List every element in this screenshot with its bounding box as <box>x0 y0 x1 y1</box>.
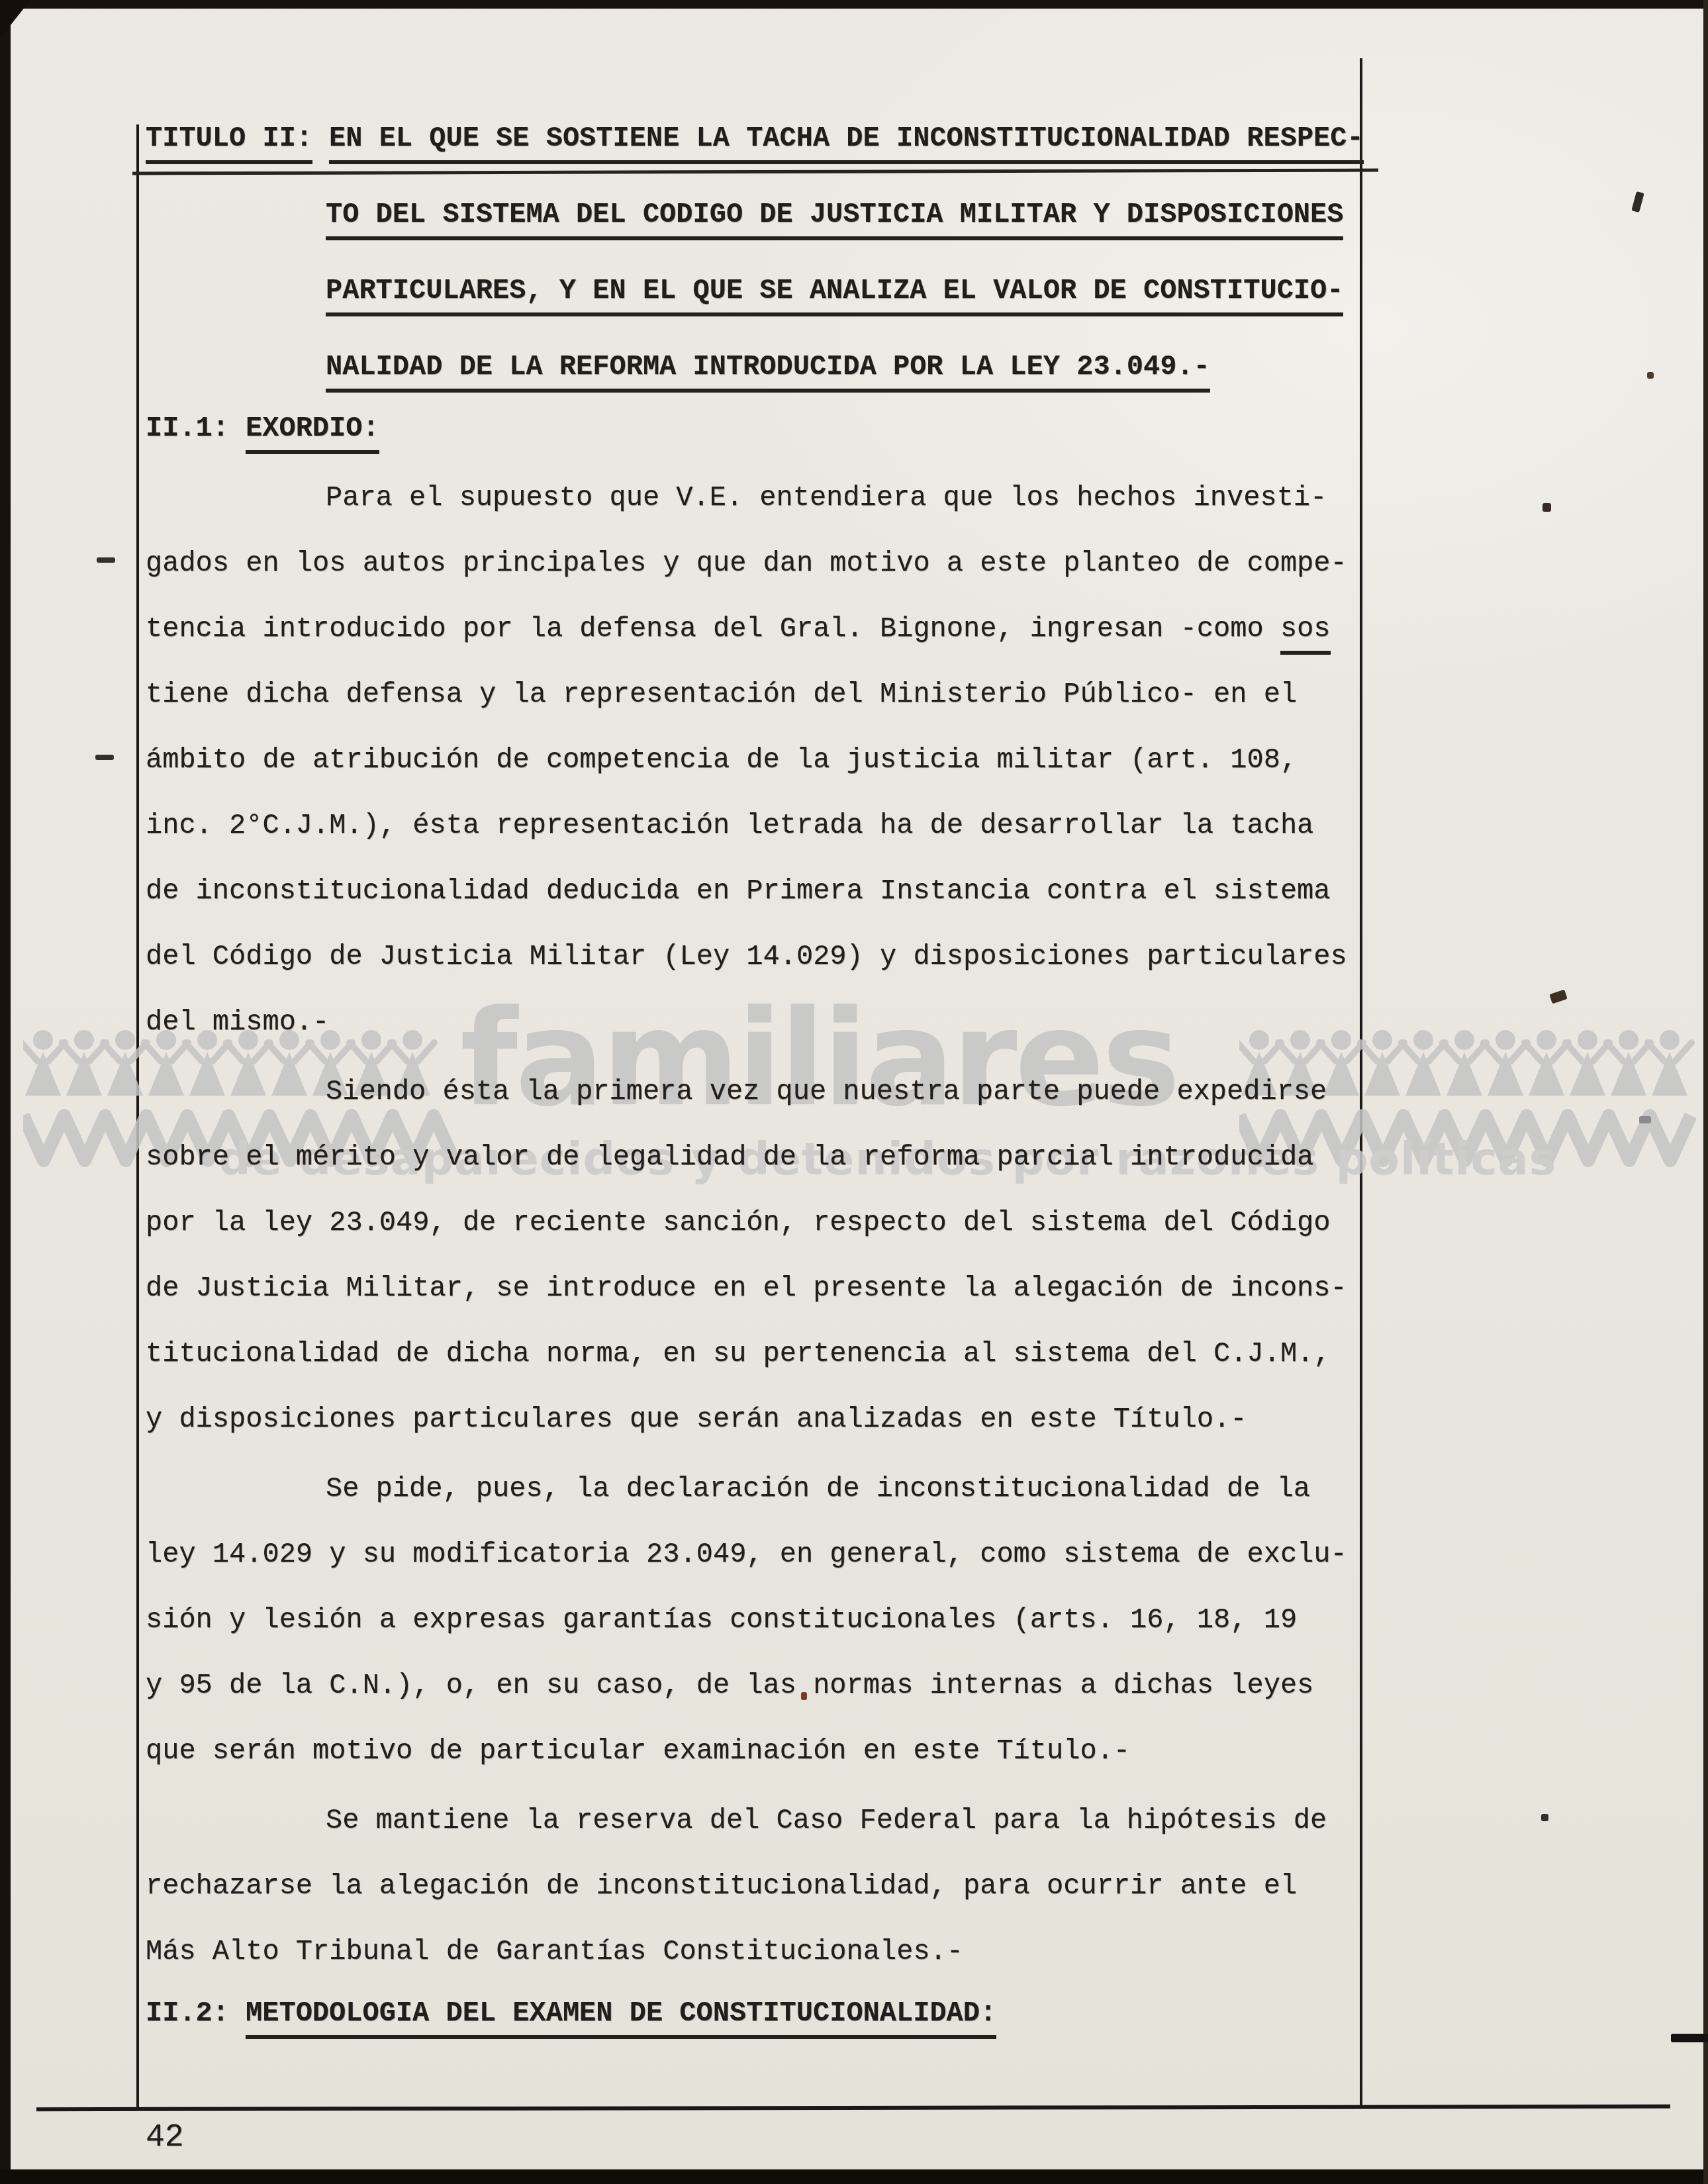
text-line-content: y 95 de la C.N.), o, en su caso, de las … <box>146 1670 1313 1701</box>
scan-speck <box>1647 372 1654 379</box>
text-line-content: tiene dicha defensa y la representación … <box>146 679 1297 710</box>
text-line-content: sión y lesión a expresas garantías const… <box>146 1604 1297 1636</box>
scan-speck <box>1542 503 1551 512</box>
text-line: de inconstitucionalidad deducida en Prim… <box>146 859 1403 924</box>
text-line: gados en los autos principales y que dan… <box>146 531 1403 596</box>
text-line-content: que serán motivo de particular examinaci… <box>146 1735 1130 1767</box>
text-line-content: Más Alto Tribunal de Garantías Constituc… <box>146 1936 963 1968</box>
text-line: del Código de Justicia Militar (Ley 14.0… <box>146 924 1403 990</box>
text-line: ámbito de atribución de competencia de l… <box>146 728 1403 793</box>
text-line-content: sobre el mérito y valor de legalidad de … <box>146 1141 1313 1173</box>
text-line: del mismo.- <box>146 990 1403 1055</box>
underlined-word: sos <box>1280 613 1331 655</box>
title-line: TITULO II:EN EL QUE SE SOSTIENE LA TACHA… <box>146 101 1403 177</box>
section-2-title: METODOLOGIA DEL EXAMEN DE CONSTITUCIONAL… <box>246 1997 996 2039</box>
text-line: rechazarse la alegación de inconstitucio… <box>146 1854 1403 1919</box>
text-line-content: gados en los autos principales y que dan… <box>146 547 1347 579</box>
text-line: Se mantiene la reserva del Caso Federal … <box>146 1788 1403 1854</box>
text-line: titucionalidad de dicha norma, en su per… <box>146 1321 1403 1387</box>
text-line: ley 14.029 y su modificatoria 23.049, en… <box>146 1522 1403 1588</box>
text-line: Más Alto Tribunal de Garantías Constituc… <box>146 1919 1403 1985</box>
text-column: TITULO II:EN EL QUE SE SOSTIENE LA TACHA… <box>146 101 1403 2046</box>
text-line-content: TO DEL SISTEMA DEL CODIGO DE JUSTICIA MI… <box>326 199 1343 240</box>
text-line: sión y lesión a expresas garantías const… <box>146 1588 1403 1653</box>
text-line: PARTICULARES, Y EN EL QUE SE ANALIZA EL … <box>146 253 1403 329</box>
text-line-content: inc. 2°C.J.M.), ésta representación letr… <box>146 810 1313 841</box>
section-1-heading: II.1:EXORDIO: <box>146 396 1403 461</box>
text-line-content: tencia introducido por la defensa del Gr… <box>146 613 1280 645</box>
text-line-content: Siendo ésta la primera vez que nuestra p… <box>326 1076 1327 1108</box>
text-line-content: ámbito de atribución de competencia de l… <box>146 744 1297 776</box>
text-line: Se pide, pues, la declaración de inconst… <box>146 1456 1403 1522</box>
text-line: que serán motivo de particular examinaci… <box>146 1719 1403 1784</box>
text-line: por la ley 23.049, de reciente sanción, … <box>146 1190 1403 1256</box>
text-line: de Justicia Militar, se introduce en el … <box>146 1256 1403 1321</box>
text-line: NALIDAD DE LA REFORMA INTRODUCIDA POR LA… <box>146 329 1403 405</box>
text-line: TO DEL SISTEMA DEL CODIGO DE JUSTICIA MI… <box>146 177 1403 253</box>
text-line-content: de inconstitucionalidad deducida en Prim… <box>146 875 1331 907</box>
text-line-content: ley 14.029 y su modificatoria 23.049, en… <box>146 1539 1347 1570</box>
text-line-content: de Justicia Militar, se introduce en el … <box>146 1272 1347 1304</box>
text-line-content: titucionalidad de dicha norma, en su per… <box>146 1338 1331 1370</box>
text-line-content: Se mantiene la reserva del Caso Federal … <box>326 1805 1327 1836</box>
scan-speck <box>1671 2034 1708 2042</box>
title-prefix: TITULO II: <box>146 122 312 164</box>
text-line: sobre el mérito y valor de legalidad de … <box>146 1125 1403 1190</box>
section-1-title: EXORDIO: <box>246 412 379 454</box>
text-line-content: del Código de Justicia Militar (Ley 14.0… <box>146 941 1347 973</box>
text-line-content: Se pide, pues, la declaración de inconst… <box>326 1473 1310 1505</box>
scan-speck <box>97 557 115 563</box>
text-line-content: y disposiciones particulares que serán a… <box>146 1403 1247 1435</box>
section-1-number: II.1: <box>146 412 229 444</box>
scan-speck <box>1639 1116 1651 1123</box>
text-line: y disposiciones particulares que serán a… <box>146 1387 1403 1452</box>
document-page: familiares de desaparecidos y detenidos … <box>0 0 1708 2184</box>
text-line: Para el supuesto que V.E. entendiera que… <box>146 465 1403 531</box>
text-line-content: Para el supuesto que V.E. entendiera que… <box>326 482 1327 514</box>
section-2-number: II.2: <box>146 1997 229 2029</box>
text-line: tencia introducido por la defensa del Gr… <box>146 596 1403 662</box>
title-text: EN EL QUE SE SOSTIENE LA TACHA DE INCONS… <box>329 122 1364 164</box>
text-line: inc. 2°C.J.M.), ésta representación letr… <box>146 793 1403 859</box>
section-2-heading: II.2:METODOLOGIA DEL EXAMEN DE CONSTITUC… <box>146 1981 1403 2046</box>
text-line-content: rechazarse la alegación de inconstitucio… <box>146 1870 1297 1902</box>
text-line-content: del mismo.- <box>146 1006 329 1038</box>
text-line-content: PARTICULARES, Y EN EL QUE SE ANALIZA EL … <box>326 275 1343 316</box>
text-line: tiene dicha defensa y la representación … <box>146 662 1403 728</box>
scan-speck <box>801 1692 807 1700</box>
scan-speck <box>1541 1814 1548 1821</box>
page-number: 42 <box>146 2120 184 2156</box>
text-line: Siendo ésta la primera vez que nuestra p… <box>146 1059 1403 1125</box>
text-line-content: NALIDAD DE LA REFORMA INTRODUCIDA POR LA… <box>326 351 1210 393</box>
scan-speck <box>95 755 114 760</box>
text-line-content: por la ley 23.049, de reciente sanción, … <box>146 1207 1331 1239</box>
text-line: y 95 de la C.N.), o, en su caso, de las … <box>146 1653 1403 1719</box>
